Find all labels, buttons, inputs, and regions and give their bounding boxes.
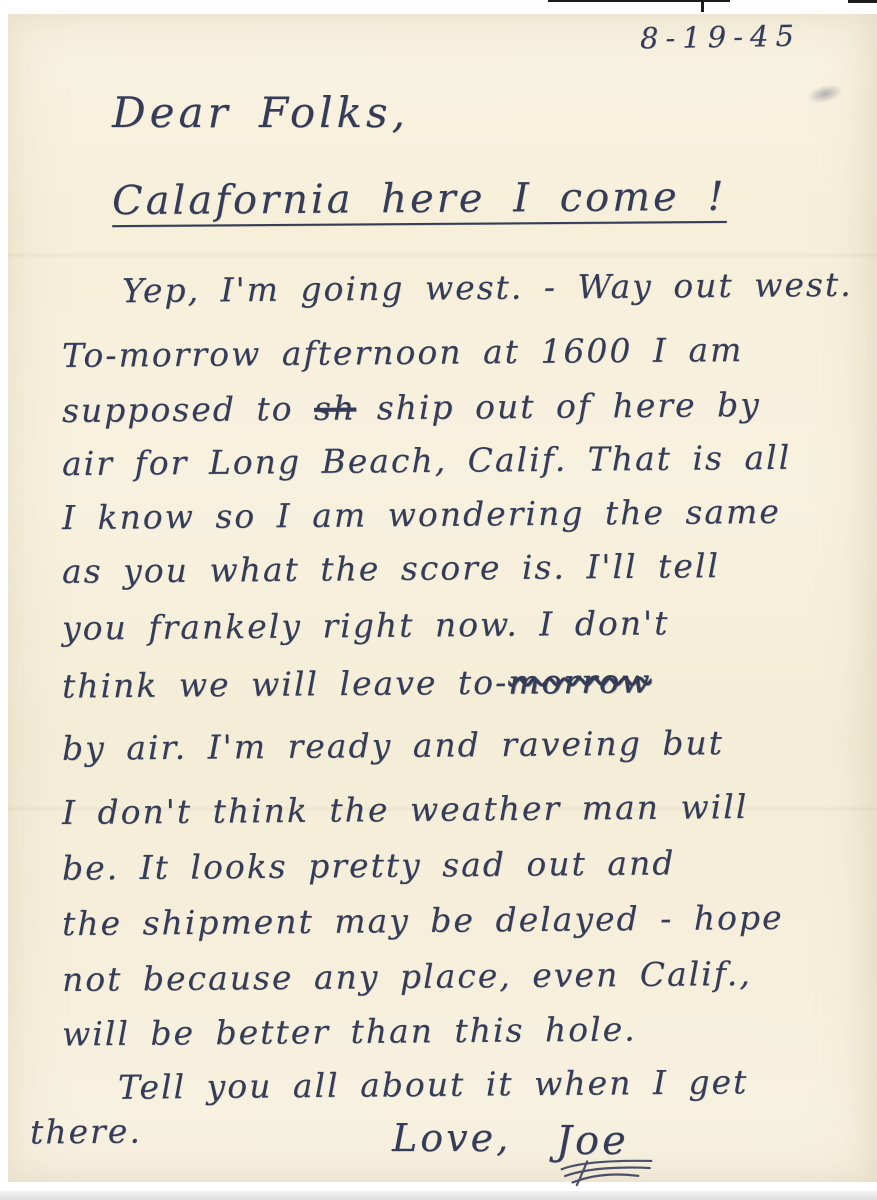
scanner-bed-edge xyxy=(0,1191,877,1200)
letter-body-line: Yep, I'm going west. - Way out west. xyxy=(122,265,853,310)
letter-body-line: air for Long Beach, Calif. That is all xyxy=(62,438,791,483)
letter-body-line: will be better than this hole. xyxy=(62,1009,637,1053)
letter-body-line: by air. I'm ready and raveing but xyxy=(62,723,724,768)
letter-body-line: think we will leave to-morrow xyxy=(62,661,651,705)
letter-signoff: Love, xyxy=(392,1116,511,1160)
letter-headline: Calafornia here I come ! xyxy=(112,174,727,224)
letter-closing: there. xyxy=(30,1112,142,1152)
scribbled-word: morrow xyxy=(508,661,651,701)
letter-body-line: you frankely right now. I don't xyxy=(62,603,670,647)
letter-body-line: supposed to sh ship out of here by xyxy=(62,385,761,430)
letter-body-line: To-morrow afternoon at 1600 I am xyxy=(62,330,744,375)
letter-body-line: Tell you all about it when I get xyxy=(118,1062,749,1106)
body-text-segment: think we will leave to- xyxy=(62,663,509,706)
body-text-segment: ship out of here by xyxy=(377,385,761,427)
letter-body-line: be. It looks pretty sad out and xyxy=(62,843,676,887)
scan-edge-tick xyxy=(701,0,704,12)
paper-crease xyxy=(8,252,877,258)
body-text-segment: supposed to xyxy=(62,389,294,430)
crossed-out-word: sh xyxy=(314,388,357,427)
letter-body-line: not because any place, even Calif., xyxy=(62,954,752,999)
letter-body-line: I don't think the weather man will xyxy=(62,787,749,832)
signature-scribble xyxy=(559,1155,657,1192)
letter-salutation: Dear Folks, xyxy=(112,88,409,137)
letter-body-line: the shipment may be delayed - hope xyxy=(62,898,784,943)
letter-date: 8-19-45 xyxy=(640,19,801,56)
scan-edge-line xyxy=(848,0,877,3)
letter-body-line: I know so I am wondering the same xyxy=(62,492,781,537)
letter-body-line: as you what the score is. I'll tell xyxy=(62,546,720,591)
